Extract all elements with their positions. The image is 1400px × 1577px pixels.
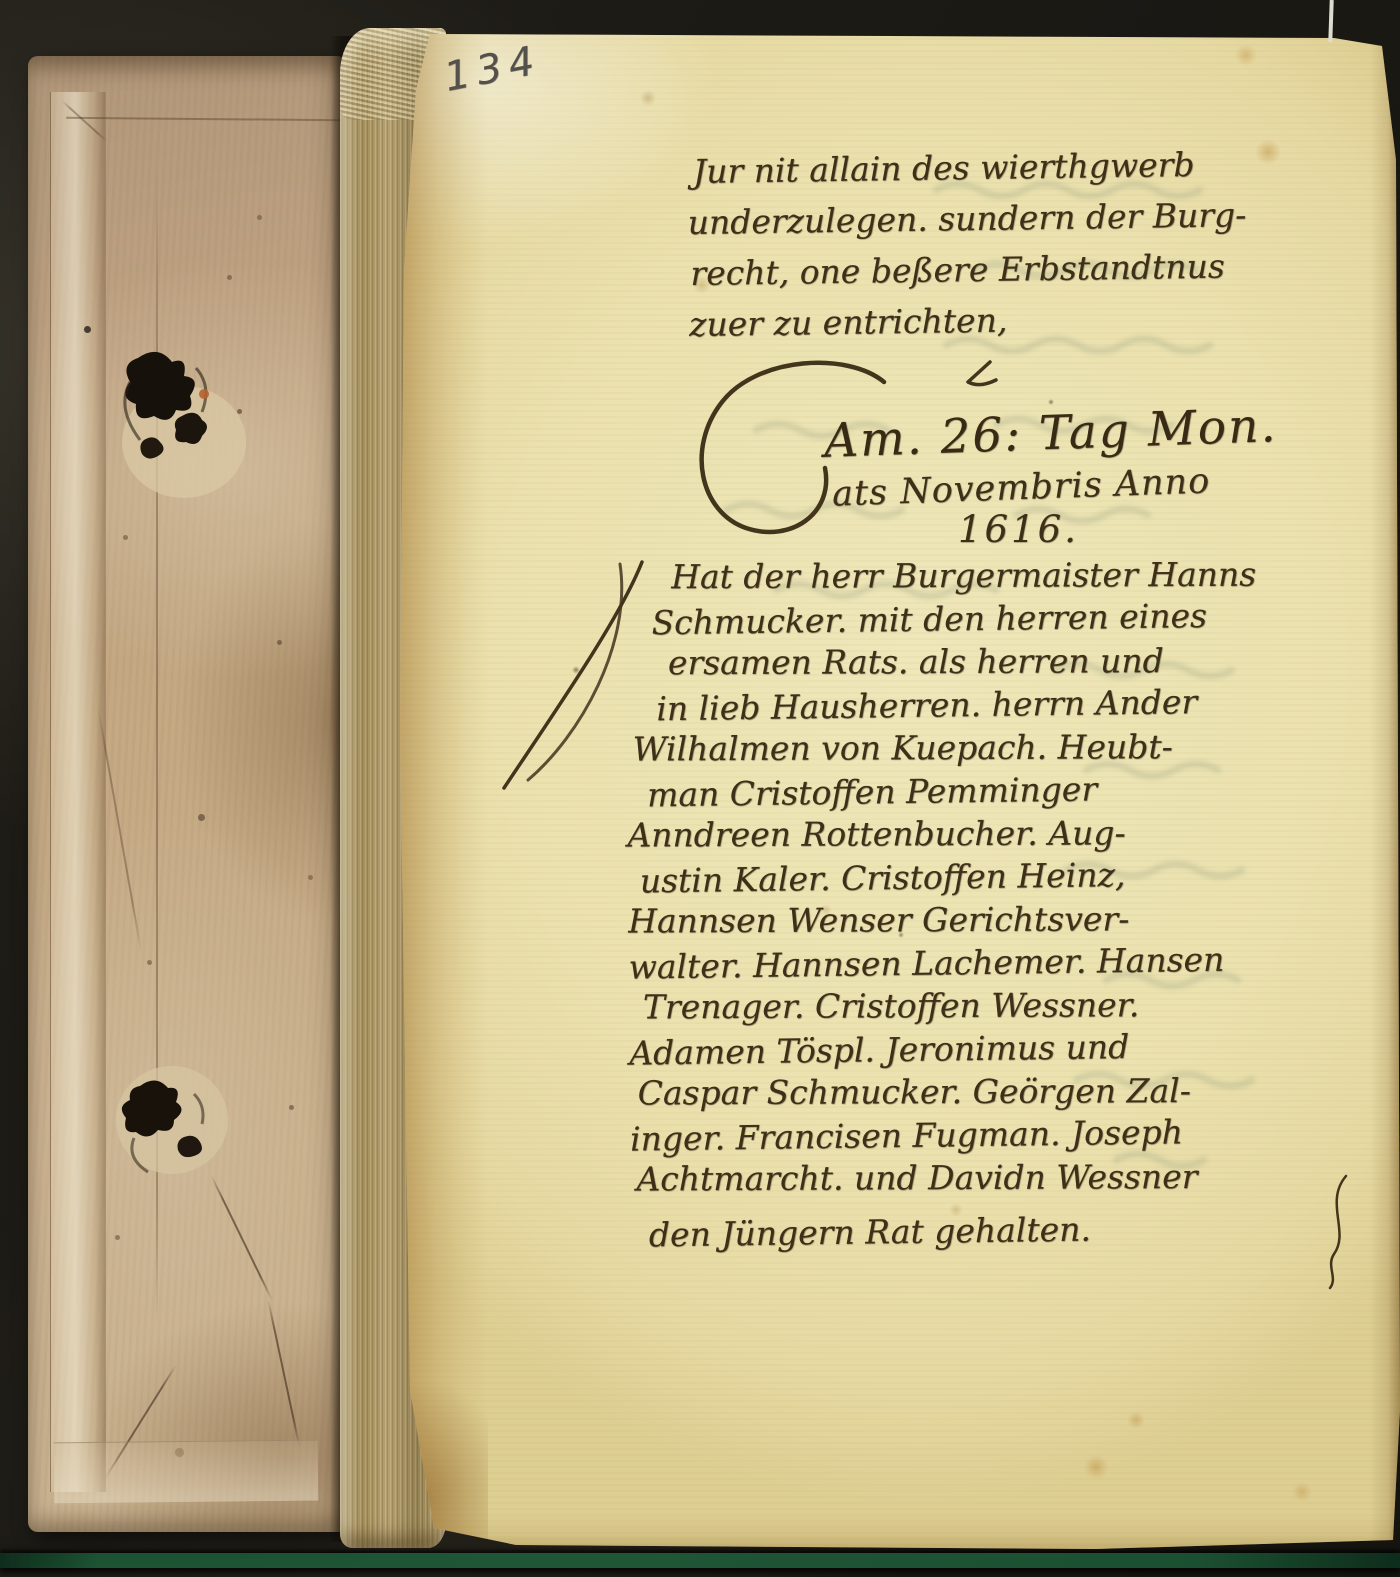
entry-body: Hat der herr Burgermaister Hanns Schmuck… [625, 551, 1331, 1255]
cover-damage-hole-upper [86, 324, 246, 504]
manuscript-line: underzulegen. sundern der Burg- [687, 189, 1268, 248]
parchment-back-cover [28, 56, 352, 1532]
heading-year: 1616. [958, 508, 1079, 551]
manuscript-line: Wilhalmen von Kuepach. Heubt- [633, 724, 1327, 770]
manuscript-line: Jur nit allain des wierthgwerb [693, 138, 1268, 197]
manuscript-line: Hat der herr Burgermaister Hanns [671, 552, 1325, 598]
manuscript-line: recht, one beßere Erbstandtnus [690, 240, 1269, 299]
cover-crack [61, 100, 107, 142]
cover-damage-hole-lower [98, 1042, 238, 1202]
manuscript-line: inger. Francisen Fugman. Joseph [630, 1108, 1331, 1160]
cover-crack [104, 1364, 177, 1479]
green-baseboard-stripe [0, 1553, 1400, 1568]
manuscript-line: walter. Hannsen Lachemer. Hansen [628, 936, 1329, 988]
cover-crack [97, 707, 142, 954]
manuscript-line: Adamen Töspl. Jeronimus und [629, 1022, 1330, 1074]
manuscript-page: 134 Jur nit allain des wierthgwerb under… [396, 30, 1400, 1552]
manuscript-line: den Jüngern Rat gehalten. [649, 1204, 1332, 1256]
scan-artifact-line [1328, 0, 1333, 42]
margin-squiggle [1314, 1170, 1362, 1295]
cover-crack [267, 1299, 301, 1448]
heading-tick-mark [964, 356, 1004, 390]
cover-top-crease [66, 117, 342, 121]
manuscript-line: Achtmarcht. und Davidn Wessner [636, 1154, 1330, 1200]
manuscript-line: Trenager. Cristoffen Wessner. [643, 982, 1329, 1028]
manuscript-line: man Cristoffen Pemminger [647, 764, 1328, 816]
manuscript-line: Anndreen Rottenbucher. Aug- [627, 810, 1327, 856]
archival-photo-scene: 134 Jur nit allain des wierthgwerb under… [0, 0, 1400, 1577]
manuscript-line: zuer zu entrichten, [689, 291, 1270, 350]
manuscript-line: ustin Kaler. Cristoffen Heinz, [640, 850, 1329, 902]
manuscript-line: Schmucker. mit den herren eines [651, 592, 1326, 644]
opening-paragraph: Jur nit allain des wierthgwerb underzule… [687, 138, 1270, 350]
manuscript-line: ersamen Rats. als herren und [668, 638, 1326, 684]
manuscript-line: Hannsen Wenser Gerichtsver- [628, 896, 1328, 942]
manuscript-line: in lieb Hausherren. herrn Ander [656, 678, 1327, 730]
manuscript-line: Caspar Schmucker. Geörgen Zal- [638, 1068, 1330, 1114]
cover-speckles [28, 56, 31, 59]
